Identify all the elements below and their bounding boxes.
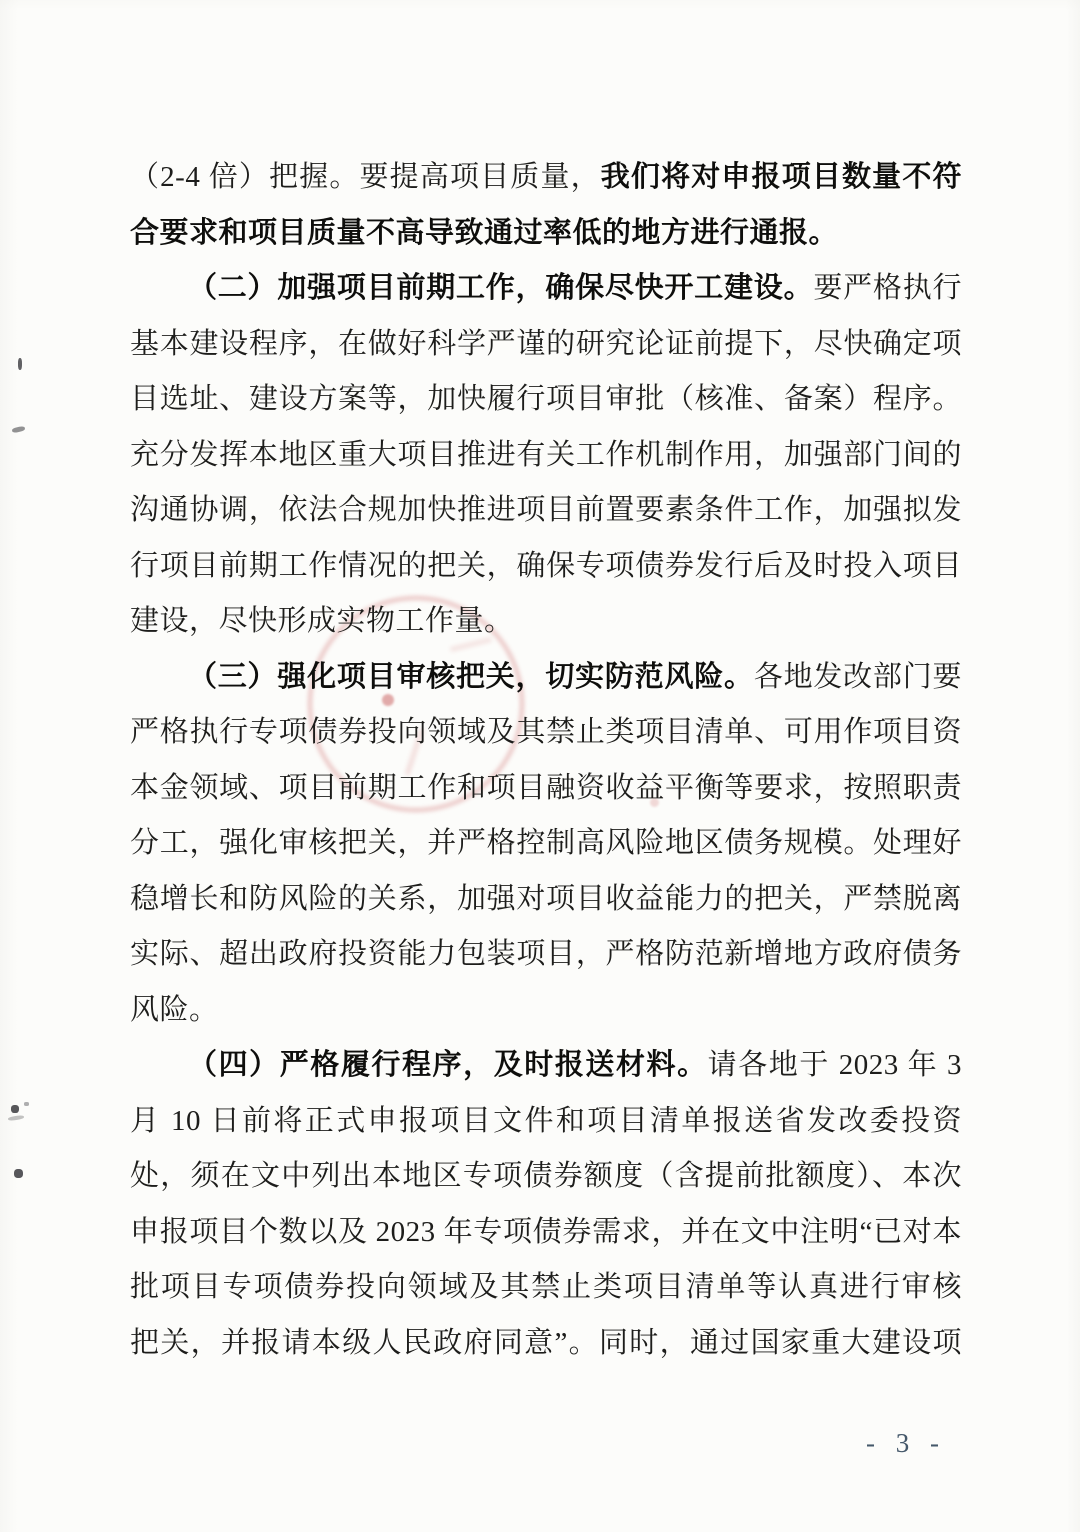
text-line: 分工，强化审核把关，并严格控制高风险地区债务规模。处理好 [130, 816, 962, 872]
text-line: 处，须在文中列出本地区专项债券额度（含提前批额度）、本次 [130, 1149, 962, 1205]
text-segment: （三）强化项目审核把关，切实防范风险。 [188, 661, 754, 693]
text-line: 把关，并报请本级人民政府同意”。同时，通过国家重大建设项 [130, 1316, 962, 1372]
text-line: 行项目前期工作情况的把关，确保专项债券发行后及时投入项目 [130, 539, 962, 595]
text-segment: 批项目专项债券投向领域及其禁止类项目清单等认真进行审核 [130, 1271, 962, 1303]
text-segment: 月 10 日前将正式申报项目文件和项目清单报送省发改委投资 [130, 1105, 962, 1137]
text-line: 稳增长和防风险的关系，加强对项目收益能力的把关，严禁脱离 [130, 872, 962, 928]
text-line: 沟通协调，依法合规加快推进项目前置要素条件工作，加强拟发 [130, 483, 962, 539]
page-number: - 3 - [866, 1428, 946, 1459]
text-line: （四）严格履行程序，及时报送材料。请各地于 2023 年 3 [130, 1038, 962, 1094]
text-line: （三）强化项目审核把关，切实防范风险。各地发改部门要 [130, 650, 962, 706]
text-segment: 请各地于 2023 年 3 [708, 1049, 962, 1081]
text-segment: 各地发改部门要 [754, 661, 962, 693]
document-body: （2-4 倍）把握。要提高项目质量，我们将对申报项目数量不符 合要求和项目质量不… [130, 150, 962, 1371]
text-segment: 申报项目个数以及 2023 年专项债券需求，并在文中注明“已对本 [130, 1216, 962, 1248]
ink-speck [24, 1102, 29, 1106]
text-segment: 严格执行专项债券投向领域及其禁止类项目清单、可用作项目资 [130, 716, 962, 748]
text-line: 申报项目个数以及 2023 年专项债券需求，并在文中注明“已对本 [130, 1205, 962, 1261]
text-segment: （四）严格履行程序，及时报送材料。 [188, 1049, 708, 1081]
text-segment: 建设，尽快形成实物工作量。 [130, 605, 514, 637]
text-line: 合要求和项目质量不高导致通过率低的地方进行通报。 [130, 206, 962, 262]
text-segment: 基本建设程序，在做好科学严谨的研究论证前提下，尽快确定项 [130, 328, 962, 360]
ink-speck [8, 1115, 24, 1121]
text-segment: 分工，强化审核把关，并严格控制高风险地区债务规模。处理好 [130, 827, 962, 859]
text-segment: 充分发挥本地区重大项目推进有关工作机制作用，加强部门间的 [130, 439, 962, 471]
text-line: 充分发挥本地区重大项目推进有关工作机制作用，加强部门间的 [130, 428, 962, 484]
text-segment: 本金领域、项目前期工作和项目融资收益平衡等要求，按照职责 [130, 772, 962, 804]
text-line: 本金领域、项目前期工作和项目融资收益平衡等要求，按照职责 [130, 761, 962, 817]
text-line: 风险。 [130, 983, 962, 1039]
text-segment: 稳增长和防风险的关系，加强对项目收益能力的把关，严禁脱离 [130, 883, 962, 915]
text-line: 目选址、建设方案等，加快履行项目审批（核准、备案）程序。 [130, 372, 962, 428]
text-segment: （2-4 倍）把握。要提高项目质量， [130, 161, 601, 193]
ink-speck [18, 358, 22, 370]
text-line: （2-4 倍）把握。要提高项目质量，我们将对申报项目数量不符 [130, 150, 962, 206]
text-line: 基本建设程序，在做好科学严谨的研究论证前提下，尽快确定项 [130, 317, 962, 373]
text-line: 严格执行专项债券投向领域及其禁止类项目清单、可用作项目资 [130, 705, 962, 761]
ink-speck [11, 1105, 19, 1113]
text-line: 建设，尽快形成实物工作量。 [130, 594, 962, 650]
text-segment: 沟通协调，依法合规加快推进项目前置要素条件工作，加强拟发 [130, 494, 962, 526]
text-line: 实际、超出政府投资能力包装项目，严格防范新增地方政府债务 [130, 927, 962, 983]
text-segment: 把关，并报请本级人民政府同意”。同时，通过国家重大建设项 [130, 1327, 962, 1359]
text-segment: 目选址、建设方案等，加快履行项目审批（核准、备案）程序。 [130, 383, 962, 415]
text-segment: 要严格执行 [813, 272, 962, 304]
text-segment: 我们将对申报项目数量不符 [601, 161, 962, 193]
text-line: 批项目专项债券投向领域及其禁止类项目清单等认真进行审核 [130, 1260, 962, 1316]
ink-speck [14, 1169, 23, 1178]
text-line: （二）加强项目前期工作，确保尽快开工建设。要严格执行 [130, 261, 962, 317]
text-segment: 行项目前期工作情况的把关，确保专项债券发行后及时投入项目 [130, 550, 962, 582]
text-segment: 处，须在文中列出本地区专项债券额度（含提前批额度）、本次 [130, 1160, 962, 1192]
text-line: 月 10 日前将正式申报项目文件和项目清单报送省发改委投资 [130, 1094, 962, 1150]
ink-speck [12, 426, 26, 434]
text-segment: （二）加强项目前期工作，确保尽快开工建设。 [188, 272, 813, 304]
text-segment: 实际、超出政府投资能力包装项目，严格防范新增地方政府债务 [130, 938, 962, 970]
text-segment: 合要求和项目质量不高导致通过率低的地方进行通报。 [130, 217, 838, 249]
scanned-document-page: { "theme": { "paper_color": "#fcfcfa", "… [0, 0, 1080, 1532]
text-segment: 风险。 [130, 994, 219, 1026]
